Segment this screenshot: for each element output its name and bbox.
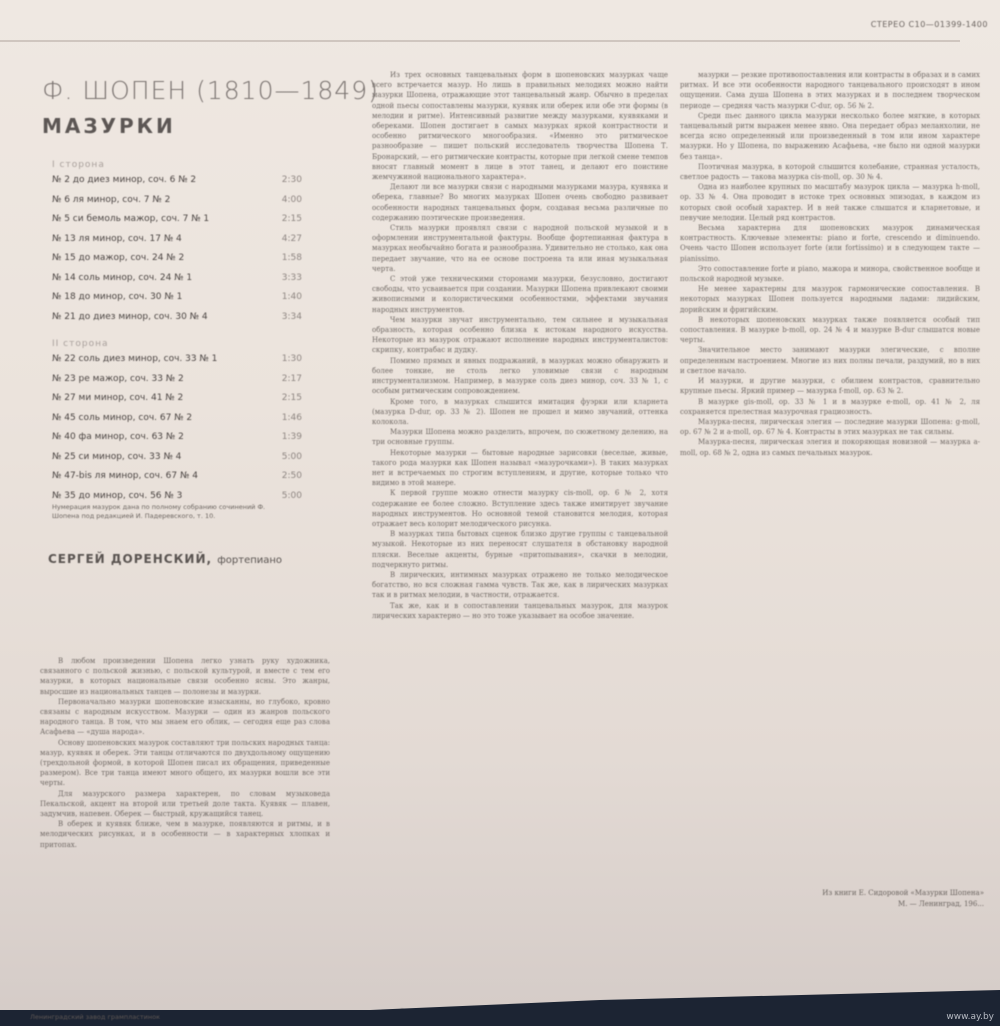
track-duration: 2:50	[282, 471, 302, 485]
essay-paragraph: Для мазурского размера характерен, по сл…	[40, 789, 330, 820]
track-row: № 14 соль минор, соч. 24 № 13:33	[52, 273, 302, 287]
track-row: № 18 до минор, соч. 30 № 11:40	[52, 292, 302, 306]
essay-paragraph: В лирических, интимных мазурках отражено…	[372, 570, 668, 601]
track-duration: 3:34	[282, 312, 302, 326]
track-title: № 27 ми минор, соч. 41 № 2	[52, 393, 183, 407]
track-title: № 35 до минор, соч. 56 № 3	[52, 491, 182, 505]
track-duration: 5:00	[282, 491, 302, 505]
track-title: № 13 ля минор, соч. 17 № 4	[52, 234, 182, 248]
track-duration: 3:33	[282, 273, 302, 287]
essay-paragraph: В оберек и куявяк ближе, чем в мазурке, …	[40, 819, 330, 850]
track-title: № 21 до диез минор, соч. 30 № 4	[52, 312, 208, 326]
essay-paragraph: Помимо прямых и явных подражаний, в мазу…	[372, 356, 668, 397]
track-duration: 1:30	[282, 354, 302, 368]
track-row: № 35 до минор, соч. 56 № 35:00	[52, 491, 302, 505]
track-title: № 45 соль минор, соч. 67 № 2	[52, 413, 192, 427]
track-row: № 27 ми минор, соч. 41 № 22:15	[52, 393, 302, 407]
track-duration: 2:15	[282, 393, 302, 407]
essay-paragraph: Мазурки Шопена можно разделить, впрочем,…	[372, 427, 668, 447]
record-sleeve-back: СТЕРЕО С10—01399-1400 Ф. ШОПЕН (1810—184…	[0, 0, 1000, 1010]
essay-paragraph: Стиль мазурки проявлял связи с народной …	[372, 223, 668, 274]
numbering-note: Нумерация мазурок дана по полному собран…	[52, 503, 292, 521]
track-duration: 5:00	[282, 452, 302, 466]
track-duration: 1:39	[282, 432, 302, 446]
track-title: № 47-bis ля минор, соч. 67 № 4	[52, 471, 198, 485]
essay-paragraph: Мазурка-песня, лирическая элегия — после…	[680, 417, 980, 437]
essay-column-3: мазурки — резкие противопоставления или …	[680, 70, 980, 890]
essay-paragraph: Это сопоставление forte и piano, мажора …	[680, 264, 980, 284]
essay-paragraph: С этой уже техническими сторонами мазурк…	[372, 274, 668, 315]
track-row: № 2 до диез минор, соч. 6 № 22:30	[52, 175, 302, 189]
performer-instrument: фортепиано	[217, 555, 282, 566]
essay-paragraph: Среди пьес данного цикла мазурки несколь…	[680, 111, 980, 162]
sleeve-fold-line	[0, 40, 960, 42]
track-duration: 4:27	[282, 234, 302, 248]
track-row: № 13 ля минор, соч. 17 № 44:27	[52, 234, 302, 248]
performer-credit: СЕРГЕЙ ДОРЕНСКИЙ, фортепиано	[48, 552, 282, 566]
track-row: № 25 си минор, соч. 33 № 45:00	[52, 452, 302, 466]
essay-paragraph: Не менее характерны для мазурок гармонич…	[680, 284, 980, 315]
side-label: II сторона	[52, 339, 109, 349]
essay-paragraph: В любом произведении Шопена легко узнать…	[40, 656, 330, 697]
essay-citation: Из книги Е. Сидоровой «Мазурки Шопена» М…	[822, 888, 984, 910]
essay-paragraph: Некоторые мазурки — бытовые народные зар…	[372, 448, 668, 489]
essay-paragraph: Чем мазурки звучат инструментально, тем …	[372, 315, 668, 356]
essay-paragraph: В некоторых шопеновских мазурках также п…	[680, 315, 980, 346]
track-title: № 14 соль минор, соч. 24 № 1	[52, 273, 192, 287]
track-duration: 1:58	[282, 253, 302, 267]
side-label: I сторона	[52, 160, 105, 170]
track-row: № 15 до мажор, соч. 24 № 21:58	[52, 253, 302, 267]
track-title: № 15 до мажор, соч. 24 № 2	[52, 253, 184, 267]
essay-paragraph: В мазурке gis-moll, ор. 33 № 1 и в мазур…	[680, 397, 980, 417]
essay-column-2: Из трех основных танцевальных форм в шоп…	[372, 70, 668, 960]
work-title: МАЗУРКИ	[42, 114, 176, 138]
price-label: Цена 1 руб. 45 коп. Арт. 36—4	[849, 996, 990, 1005]
track-duration: 2:15	[282, 214, 302, 228]
essay-paragraph: Кроме того, в мазурках слышится имитация…	[372, 397, 668, 428]
essay-paragraph: Так же, как и в сопоставлении танцевальн…	[372, 601, 668, 621]
track-title: № 2 до диез минор, соч. 6 № 2	[52, 175, 196, 189]
essay-paragraph: Первоначально мазурки шопеновские изыска…	[40, 697, 330, 738]
catalog-number: СТЕРЕО С10—01399-1400	[871, 20, 988, 29]
essay-paragraph: Делают ли все мазурки связи с народными …	[372, 182, 668, 223]
track-duration: 2:30	[282, 175, 302, 189]
track-row: № 6 ля минор, соч. 7 № 24:00	[52, 195, 302, 209]
track-duration: 2:17	[282, 374, 302, 388]
essay-paragraph: Основу шопеновских мазурок составляют тр…	[40, 738, 330, 789]
track-row: № 45 соль минор, соч. 67 № 21:46	[52, 413, 302, 427]
essay-paragraph: Поэтичная мазурка, в которой слышится ко…	[680, 162, 980, 182]
essay-paragraph: Одна из наиболее крупных по масштабу маз…	[680, 182, 980, 223]
track-title: № 5 си бемоль мажор, соч. 7 № 1	[52, 214, 209, 228]
essay-paragraph: Весьма характерна для шопеновских мазуро…	[680, 223, 980, 264]
track-title: № 25 си минор, соч. 33 № 4	[52, 452, 181, 466]
composer-title: Ф. ШОПЕН (1810—1849)	[42, 76, 379, 105]
track-title: № 23 ре мажор, соч. 33 № 2	[52, 374, 184, 388]
track-row: № 21 до диез минор, соч. 30 № 43:34	[52, 312, 302, 326]
track-title: № 22 соль диез минор, соч. 33 № 1	[52, 354, 217, 368]
track-title: № 18 до минор, соч. 30 № 1	[52, 292, 182, 306]
track-duration: 1:46	[282, 413, 302, 427]
production-credits: Звукорежиссер Игорь Вепринцев * Редактор…	[400, 1007, 607, 1015]
track-row: № 47-bis ля минор, соч. 67 № 42:50	[52, 471, 302, 485]
track-row: № 5 си бемоль мажор, соч. 7 № 12:15	[52, 214, 302, 228]
essay-paragraph: мазурки — резкие противопоставления или …	[680, 70, 980, 111]
performer-name: СЕРГЕЙ ДОРЕНСКИЙ,	[48, 552, 212, 566]
factory-label: Ленинградский завод грампластинок	[30, 1013, 160, 1021]
track-title: № 6 ля минор, соч. 7 № 2	[52, 195, 170, 209]
essay-paragraph: Значительное место занимают мазурки элег…	[680, 345, 980, 376]
citation-line-1: Из книги Е. Сидоровой «Мазурки Шопена»	[822, 888, 984, 899]
essay-paragraph: Мазурка-песня, лирическая элегия и покор…	[680, 437, 980, 457]
essay-paragraph: В мазурках типа бытовых сценок близко др…	[372, 529, 668, 570]
track-row: № 40 фа минор, соч. 63 № 21:39	[52, 432, 302, 446]
watermark: www.ay.by	[946, 1012, 994, 1022]
track-duration: 1:40	[282, 292, 302, 306]
track-title: № 40 фа минор, соч. 63 № 2	[52, 432, 184, 446]
essay-paragraph: Из трех основных танцевальных форм в шоп…	[372, 70, 668, 182]
essay-paragraph: И мазурки, и другие мазурки, с обилием к…	[680, 376, 980, 396]
track-duration: 4:00	[282, 195, 302, 209]
citation-line-2: М. — Ленинград, 196...	[822, 899, 984, 910]
track-row: № 22 соль диез минор, соч. 33 № 11:30	[52, 354, 302, 368]
essay-paragraph: К первой группе можно отнести мазурку ci…	[372, 488, 668, 529]
track-row: № 23 ре мажор, соч. 33 № 22:17	[52, 374, 302, 388]
essay-column-1: В любом произведении Шопена легко узнать…	[40, 656, 330, 966]
